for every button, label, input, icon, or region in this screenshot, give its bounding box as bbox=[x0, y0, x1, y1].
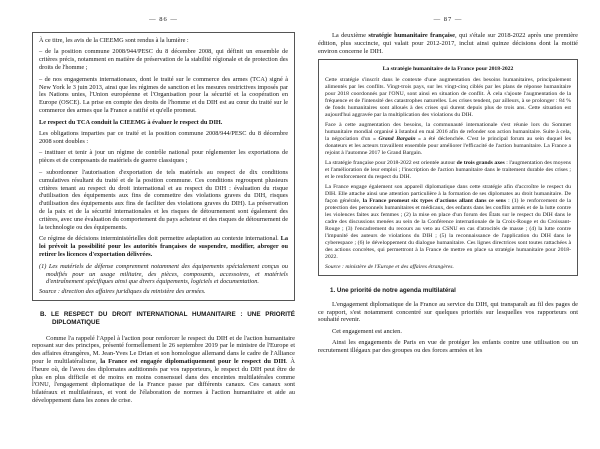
p4-bold: la France promeut six types d'actions al… bbox=[363, 198, 506, 204]
box-paragraph-contexte: Cette stratégie s'inscrit dans le contex… bbox=[325, 77, 571, 118]
bullet-instituer: – instituer et tenir à jour un régime de… bbox=[39, 149, 288, 165]
obligations-paragraph: Les obligations imparties par ce traité … bbox=[39, 130, 288, 146]
section-heading-b: B. LE RESPECT DU DROIT INTERNATIONAL HUM… bbox=[40, 311, 295, 327]
intro-text-1: La deuxième bbox=[332, 32, 368, 39]
regime-paragraph: Ce régime de décisions interministériell… bbox=[39, 235, 288, 259]
para-b-text-2: . À l'heure où, de l'aveu des diplomates… bbox=[32, 358, 295, 404]
section-b-paragraph: Comme l'a rappelé l'Appel à l'action pou… bbox=[32, 335, 295, 405]
page-left-86: — 86 — À ce titre, les avis de la CIEEMG… bbox=[0, 0, 300, 449]
agenda-paragraph: L'engagement diplomatique de la France a… bbox=[318, 301, 578, 324]
intro-paragraph: La deuxième stratégie humanitaire frança… bbox=[318, 32, 578, 55]
box-paragraph-six-actions: La France engage également son appareil … bbox=[325, 184, 571, 260]
strategie-humanitaire-box: La stratégie humanitaire de la France po… bbox=[318, 59, 578, 275]
p3-text-1: La stratégie française pour 2018-2022 es… bbox=[325, 160, 457, 166]
page-right-87: — 87 — La deuxième stratégie humanitaire… bbox=[300, 0, 600, 449]
p4-text-2: : (1) le renforcement de la protection d… bbox=[325, 198, 571, 259]
intro-bold: stratégie humanitaire française bbox=[368, 32, 455, 39]
bullet-subordonner: – subordonner l'autorisation d'exportati… bbox=[39, 169, 288, 232]
para-b-bold: la France est engagée diplomatiquement p… bbox=[100, 358, 286, 365]
engagements-paris-paragraph: Ainsi les engagements de Paris en vue de… bbox=[318, 339, 578, 355]
tca-bold-statement: Le respect du TCA conduit la CIEEMG à év… bbox=[39, 119, 288, 127]
document-spread: — 86 — À ce titre, les avis de la CIEEMG… bbox=[0, 0, 600, 449]
box-intro-paragraph: À ce titre, les avis de la CIEEMG sont r… bbox=[39, 37, 288, 45]
source-line: Source : ministère de l'Europe et des af… bbox=[325, 264, 571, 271]
box-title: La stratégie humanitaire de la France po… bbox=[325, 66, 571, 73]
engagement-ancien-paragraph: Cet engagement est ancien. bbox=[318, 328, 578, 336]
export-control-box: À ce titre, les avis de la CIEEMG sont r… bbox=[32, 32, 295, 301]
footnote-materiels-defense: (1) Les matériels de défense comprennent… bbox=[39, 263, 288, 287]
page-number: — 86 — bbox=[32, 16, 295, 23]
page-number: — 87 — bbox=[318, 16, 578, 23]
bullet-position-commune: – de la position commune 2008/944/PESC d… bbox=[39, 48, 288, 72]
regime-text: Ce régime de décisions interministériell… bbox=[39, 235, 281, 242]
subsection-heading-1: 1. Une priorité de notre agenda multilat… bbox=[330, 287, 578, 295]
p3-bold: de trois grands axes bbox=[457, 160, 505, 166]
grand-bargain-emphasis: Grand Bargain bbox=[378, 136, 415, 142]
bullet-engagements-internationaux: – de nos engagements internationaux, don… bbox=[39, 76, 288, 116]
box-paragraph-grand-bargain: Face à cette augmentation des besoins, l… bbox=[325, 122, 571, 157]
box-paragraph-axes: La stratégie française pour 2018-2022 es… bbox=[325, 160, 571, 181]
source-line: Source : direction des affaires juridiqu… bbox=[39, 288, 288, 296]
